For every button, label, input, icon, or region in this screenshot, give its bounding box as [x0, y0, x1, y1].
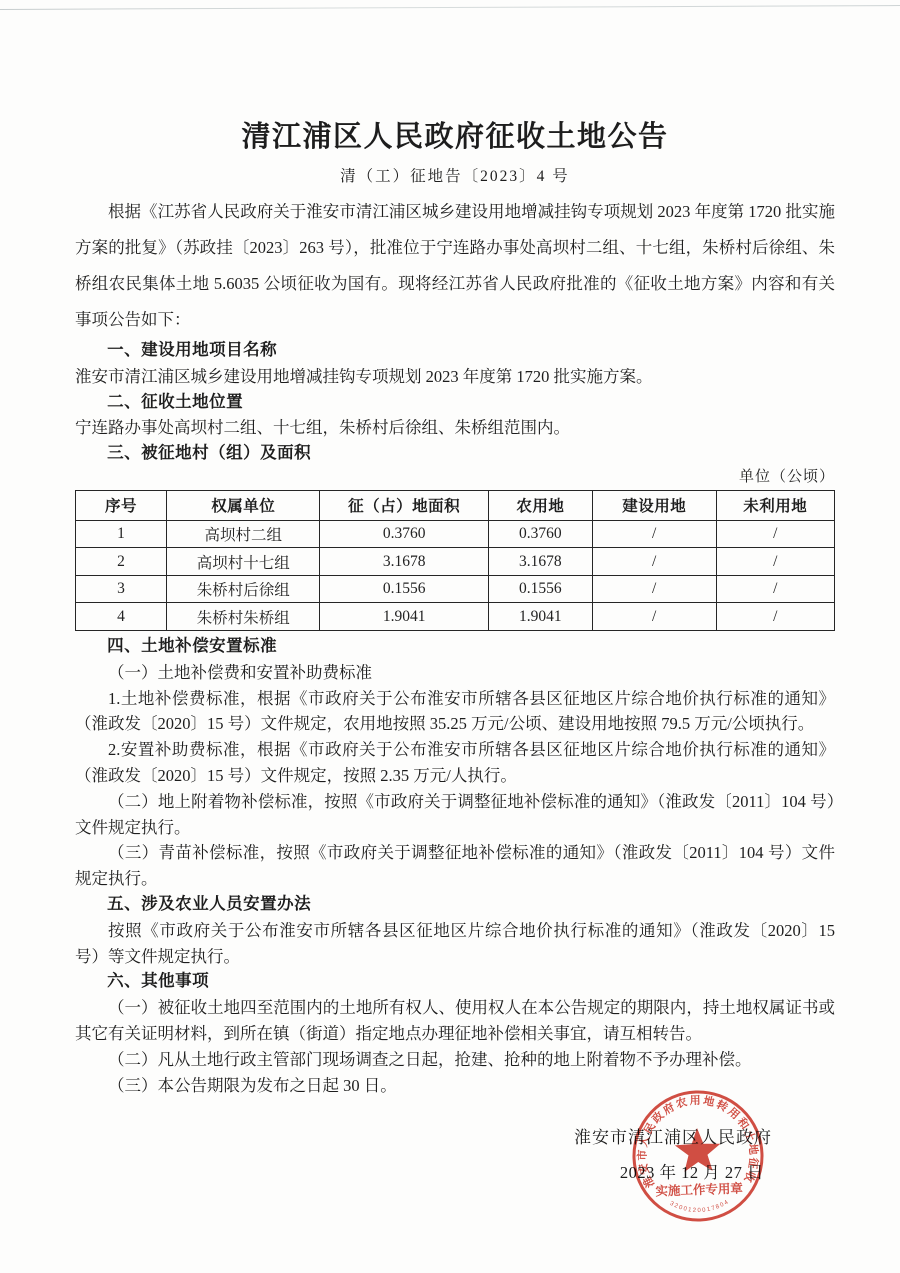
column-header: 农用地 — [488, 490, 592, 520]
table-cell: 0.3760 — [320, 520, 488, 548]
table-cell: 朱桥村后徐组 — [167, 575, 320, 603]
land-area-table: 序号权属单位征（占）地面积农用地建设用地未利用地1高坝村二组0.37600.37… — [75, 490, 835, 631]
column-header: 建设用地 — [592, 490, 716, 520]
section-heading: 一、建设用地项目名称 — [75, 338, 835, 364]
table-cell: / — [716, 603, 834, 631]
paragraph: 2.安置补助费标准，根据《市政府关于公布淮安市所辖各县区征地区片综合地价执行标准… — [75, 737, 835, 789]
table-cell: 1.9041 — [488, 603, 592, 631]
official-seal: 淮安市人民政府农用地转用和土地征收 实施工作专用章 3200120017804 — [626, 1084, 771, 1229]
table-cell: 0.1556 — [488, 575, 592, 603]
paragraph: 淮安市清江浦区城乡建设用地增减挂钩专项规划 2023 年度第 1720 批实施方… — [75, 364, 835, 390]
paragraph: 按照《市政府关于公布淮安市所辖各县区征地区片综合地价执行标准的通知》（淮政发〔2… — [75, 918, 835, 970]
table-cell: / — [592, 603, 716, 631]
table-cell: / — [716, 575, 834, 603]
seal-code-text: 3200120017804 — [669, 1199, 731, 1215]
column-header: 权属单位 — [167, 490, 320, 520]
column-header: 序号 — [76, 490, 167, 520]
table-cell: / — [592, 548, 716, 576]
table-cell: 高坝村十七组 — [167, 548, 320, 576]
column-header: 征（占）地面积 — [320, 490, 488, 520]
seal-banner-text: 实施工作专用章 — [655, 1180, 743, 1198]
table-row: 4朱桥村朱桥组1.90411.9041// — [76, 603, 835, 631]
seal-star-icon — [674, 1127, 721, 1172]
paragraph: （二）凡从土地行政主管部门现场调查之日起，抢建、抢种的地上附着物不予办理补偿。 — [75, 1047, 835, 1073]
table-cell: 0.3760 — [488, 520, 592, 548]
table-cell: 高坝村二组 — [167, 520, 320, 548]
table-cell: 3.1678 — [320, 548, 488, 576]
section-heading: 二、征收土地位置 — [75, 390, 835, 416]
section-heading: 六、其他事项 — [75, 969, 835, 995]
table-cell: 朱桥村朱桥组 — [167, 603, 320, 631]
table-cell: 1 — [76, 520, 167, 548]
table-header-row: 序号权属单位征（占）地面积农用地建设用地未利用地 — [76, 490, 835, 520]
paragraph: （一）土地补偿费和安置补助费标准 — [75, 660, 835, 686]
paragraph: （三）青苗补偿标准，按照《市政府关于调整征地补偿标准的通知》（淮政发〔2011〕… — [75, 840, 835, 892]
table-cell: / — [592, 575, 716, 603]
table-row: 2高坝村十七组3.16783.1678// — [76, 548, 835, 576]
document-title: 清江浦区人民政府征收土地公告 — [75, 0, 835, 158]
table-cell: 4 — [76, 603, 167, 631]
table-cell: / — [716, 520, 834, 548]
table-cell: 3 — [76, 575, 167, 603]
table-row: 1高坝村二组0.37600.3760// — [76, 520, 835, 548]
table-cell: 1.9041 — [320, 603, 488, 631]
section-heading: 四、土地补偿安置标准 — [75, 634, 835, 660]
paragraph: （一）被征收土地四至范围内的土地所有权人、使用权人在本公告规定的期限内，持土地权… — [75, 995, 835, 1047]
document-content: 根据《江苏省人民政府关于淮安市清江浦区城乡建设用地增减挂钩专项规划 2023 年… — [75, 194, 835, 1098]
document-number: 清（工）征地告〔2023〕4 号 — [75, 166, 835, 188]
paragraph: 宁连路办事处高坝村二组、十七组，朱桥村后徐组、朱桥组范围内。 — [75, 415, 835, 441]
table-row: 3朱桥村后徐组0.15560.1556// — [76, 575, 835, 603]
column-header: 未利用地 — [716, 490, 834, 520]
section-heading: 五、涉及农业人员安置办法 — [75, 892, 835, 918]
paragraph: 1.土地补偿费标准，根据《市政府关于公布淮安市所辖各县区征地区片综合地价执行标准… — [75, 686, 835, 738]
table-cell: / — [592, 520, 716, 548]
table-cell: / — [716, 548, 834, 576]
paragraph: 根据《江苏省人民政府关于淮安市清江浦区城乡建设用地增减挂钩专项规划 2023 年… — [75, 194, 835, 338]
section-heading: 三、被征地村（组）及面积 — [75, 441, 835, 467]
scanned-document-page: 清江浦区人民政府征收土地公告 清（工）征地告〔2023〕4 号 根据《江苏省人民… — [0, 0, 900, 1273]
table-cell: 2 — [76, 548, 167, 576]
paragraph: （二）地上附着物补偿标准，按照《市政府关于调整征地补偿标准的通知》（淮政发〔20… — [75, 789, 835, 841]
table-cell: 0.1556 — [320, 575, 488, 603]
table-cell: 3.1678 — [488, 548, 592, 576]
table-unit-note: 单位（公顷） — [75, 468, 835, 487]
